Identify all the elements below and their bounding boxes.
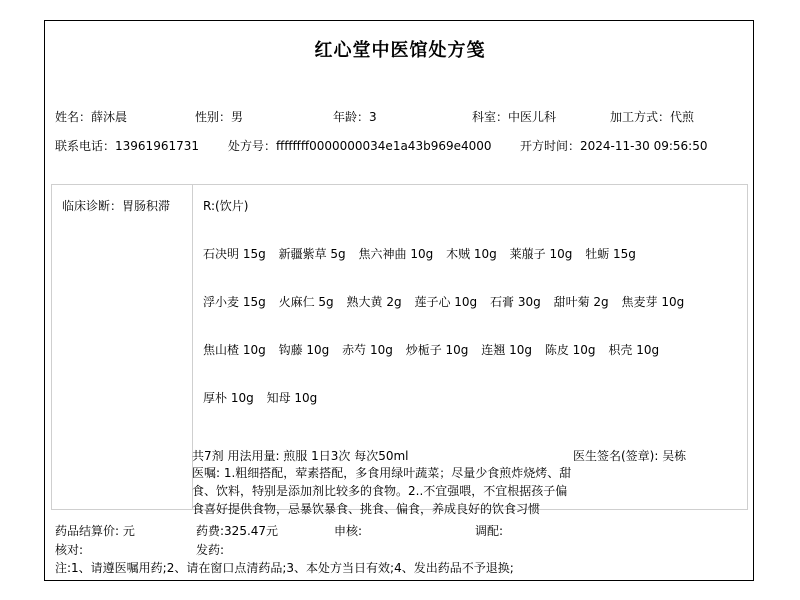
herb-item: 炒栀子 10g — [406, 343, 469, 357]
patient-age: 年龄：3 — [333, 108, 377, 125]
herb-item: 牡蛎 15g — [585, 247, 636, 261]
clinical-diagnosis: 临床诊断：胃肠积滞 — [62, 197, 170, 214]
herb-item: 火麻仁 5g — [279, 295, 334, 309]
herb-item: 连翘 10g — [481, 343, 532, 357]
settlement-price: 药品结算价: 元 — [55, 522, 135, 539]
prescription-number: 处方号：ffffffff0000000034e1a43b969e4000 — [228, 137, 492, 154]
patient-name: 姓名：薛沐晨 — [55, 108, 127, 125]
page-title: 红心堂中医馆处方笺 — [0, 36, 800, 62]
herb-item: 厚朴 10g — [203, 391, 254, 405]
herb-item: 陈皮 10g — [545, 343, 596, 357]
footer-note: 注:1、请遵医嘱用药;2、请在窗口点清药品;3、本处方当日有效;4、发出药品不予… — [55, 559, 514, 576]
review-label: 申核: — [334, 522, 362, 539]
usage-dosage: 共7剂 用法用量: 煎服 1日3次 每次50ml — [192, 447, 409, 464]
herb-item: 焦麦芽 10g — [622, 295, 685, 309]
herb-item: 木贼 10g — [446, 247, 497, 261]
herb-line-4: 厚朴 10g 知母 10g — [203, 389, 326, 406]
herb-item: 浮小麦 15g — [203, 295, 266, 309]
herb-item: 莲子心 10g — [414, 295, 477, 309]
herb-line-2: 浮小麦 15g 火麻仁 5g 熟大黄 2g 莲子心 10g 石膏 30g 甜叶菊… — [203, 293, 693, 310]
patient-gender: 性别：男 — [195, 108, 243, 125]
herb-line-1: 石决明 15g 新疆紫草 5g 焦六神曲 10g 木贼 10g 莱菔子 10g … — [203, 245, 645, 262]
process-method: 加工方式：代煎 — [610, 108, 694, 125]
patient-phone: 联系电话：13961961731 — [55, 137, 199, 154]
issue-label: 发药: — [196, 541, 224, 558]
herb-item: 焦山楂 10g — [203, 343, 266, 357]
prescription-time: 开方时间：2024-11-30 09:56:50 — [520, 137, 707, 154]
doctor-signature: 医生签名(签章): 吴栋 — [573, 447, 686, 464]
drug-fee: 药费:325.47元 — [196, 522, 278, 539]
herb-line-3: 焦山楂 10g 钩藤 10g 赤芍 10g 炒栀子 10g 连翘 10g 陈皮 … — [203, 341, 668, 358]
herb-item: 莱菔子 10g — [510, 247, 573, 261]
herb-item: 枳壳 10g — [608, 343, 659, 357]
herb-item: 钩藤 10g — [279, 343, 330, 357]
herb-item: 石膏 30g — [490, 295, 541, 309]
herb-item: 赤芍 10g — [342, 343, 393, 357]
dispense-label: 调配: — [475, 522, 503, 539]
herb-item: 知母 10g — [267, 391, 318, 405]
herb-item: 石决明 15g — [203, 247, 266, 261]
herb-item: 熟大黄 2g — [347, 295, 402, 309]
medical-advice: 医嘱: 1.粗细搭配，荤素搭配，多食用绿叶蔬菜；尽量少食煎炸烧烤、甜食、饮料，特… — [192, 464, 577, 518]
check-label: 核对: — [55, 541, 83, 558]
herb-item: 甜叶菊 2g — [554, 295, 609, 309]
herb-item: 新疆紫草 5g — [279, 247, 346, 261]
department: 科室：中医儿科 — [472, 108, 556, 125]
rx-header: R:(饮片) — [203, 197, 248, 214]
herb-item: 焦六神曲 10g — [359, 247, 434, 261]
